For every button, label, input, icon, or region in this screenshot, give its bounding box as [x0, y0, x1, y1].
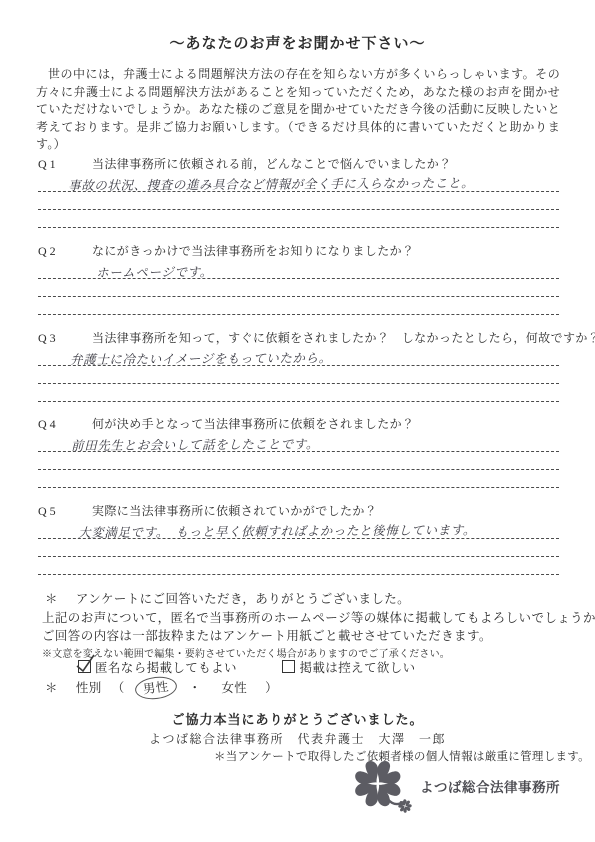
paren-close: ）: [265, 681, 278, 695]
male-option[interactable]: 男性: [133, 675, 177, 702]
answer-line: [38, 452, 559, 470]
question-text: なにがきっかけで当法律事務所をお知りになりましたか？: [92, 244, 414, 258]
decline-label: 掲載は控えて欲しい: [299, 661, 415, 675]
handwritten-answer: 前田先生とお会いして話をしたことです。: [71, 434, 319, 454]
question-label: Q3: [38, 331, 92, 346]
publish-options-row: 匿名なら掲載してもよい 掲載は控えて欲しい: [78, 658, 416, 676]
handwritten-answer: 弁護士に冷たいイメージをもっていたから。: [70, 348, 332, 368]
question-text: 実際に当法律事務所に依頼されていかがでしたか？: [92, 504, 377, 518]
answer-line: [38, 192, 559, 210]
gender-label: 性別: [76, 681, 102, 695]
answer-line: [38, 539, 559, 557]
answer-line: [38, 557, 559, 575]
question-text: 当法律事務所を知って，すぐに依頼をされましたか？ しなかったとしたら，何故ですか…: [92, 331, 595, 345]
asterisk-mark: ＊: [45, 681, 58, 695]
clover-logo-icon: [352, 758, 410, 811]
question-block-5: Q5実際に当法律事務所に依頼されていかがでしたか？ 大変満足です。 もっと早く依…: [38, 502, 559, 575]
question-block-1: Q1当法律事務所に依頼される前，どんなことで悩んでいましたか？ 事故の状況、捜査…: [38, 155, 559, 228]
decline-checkbox[interactable]: [282, 660, 295, 673]
firm-logo-text: よつば総合法律事務所: [420, 776, 560, 796]
closing-thanks: ＊アンケートにご回答いただき，ありがとうございました。: [45, 589, 410, 607]
answer-line: [38, 210, 559, 228]
asterisk-mark: ＊: [45, 592, 58, 606]
answer-line: [38, 384, 559, 402]
question-text: 当法律事務所に依頼される前，どんなことで悩んでいましたか？: [92, 157, 452, 171]
paren-open: （: [112, 681, 125, 695]
question-block-4: Q4何が決め手となって当法律事務所に依頼をされましたか？ 前田先生とお会いして話…: [38, 415, 559, 488]
handwritten-answer: 事故の状況、捜査の進み具合など情報が全く手に入らなかったこと。: [68, 173, 474, 194]
survey-page: ～あなたのお声をお聞かせ下さい～ 世の中には，弁護士による問題解決方法の存在を知…: [0, 0, 595, 842]
closing-thanks-text: アンケートにご回答いただき，ありがとうございました。: [76, 592, 410, 606]
intro-paragraph: 世の中には，弁護士による問題解決方法の存在を知らない方が多くいらっしゃいます。そ…: [36, 66, 560, 154]
answer-line: [38, 297, 559, 315]
question-label: Q1: [38, 157, 92, 172]
handwritten-answer: ホームページです。: [96, 262, 213, 281]
female-option[interactable]: 女性: [213, 677, 255, 699]
publish-permission-line-2: ご回答の内容は一部抜粋またはアンケート用紙ごと載せさせていただきます。: [42, 626, 492, 644]
question-label: Q2: [38, 244, 92, 259]
anonymous-ok-label: 匿名なら掲載してもよい: [95, 661, 237, 675]
footer-thanks: ご協力本当にありがとうございました。: [0, 709, 595, 728]
question-block-2: Q2なにがきっかけで当法律事務所をお知りになりましたか？ ホームページです。: [38, 242, 559, 315]
answer-line: [38, 279, 559, 297]
page-title: ～あなたのお声をお聞かせ下さい～: [0, 32, 595, 53]
question-label: Q4: [38, 417, 92, 432]
publish-permission-line-1: 上記のお声について，匿名で当事務所のホームページ等の媒体に掲載してもよろしいでし…: [42, 608, 595, 626]
check-icon: [75, 654, 97, 676]
handwritten-answer: 大変満足です。 もっと早く依頼すればよかったと後悔しています。: [78, 520, 476, 541]
answer-line: [38, 470, 559, 488]
answer-line: [38, 366, 559, 384]
question-text: 何が決め手となって当法律事務所に依頼をされましたか？: [92, 417, 414, 431]
gender-row: ＊性別（男性・女性）: [45, 677, 288, 699]
anonymous-ok-checkbox[interactable]: [78, 660, 91, 673]
question-block-3: Q3当法律事務所を知って，すぐに依頼をされましたか？ しなかったとしたら，何故で…: [38, 329, 559, 402]
gender-separator: ・: [188, 681, 201, 695]
firm-representative-line: よつば総合法律事務所 代表弁護士 大澤 一郎: [0, 730, 595, 747]
question-label: Q5: [38, 504, 92, 519]
